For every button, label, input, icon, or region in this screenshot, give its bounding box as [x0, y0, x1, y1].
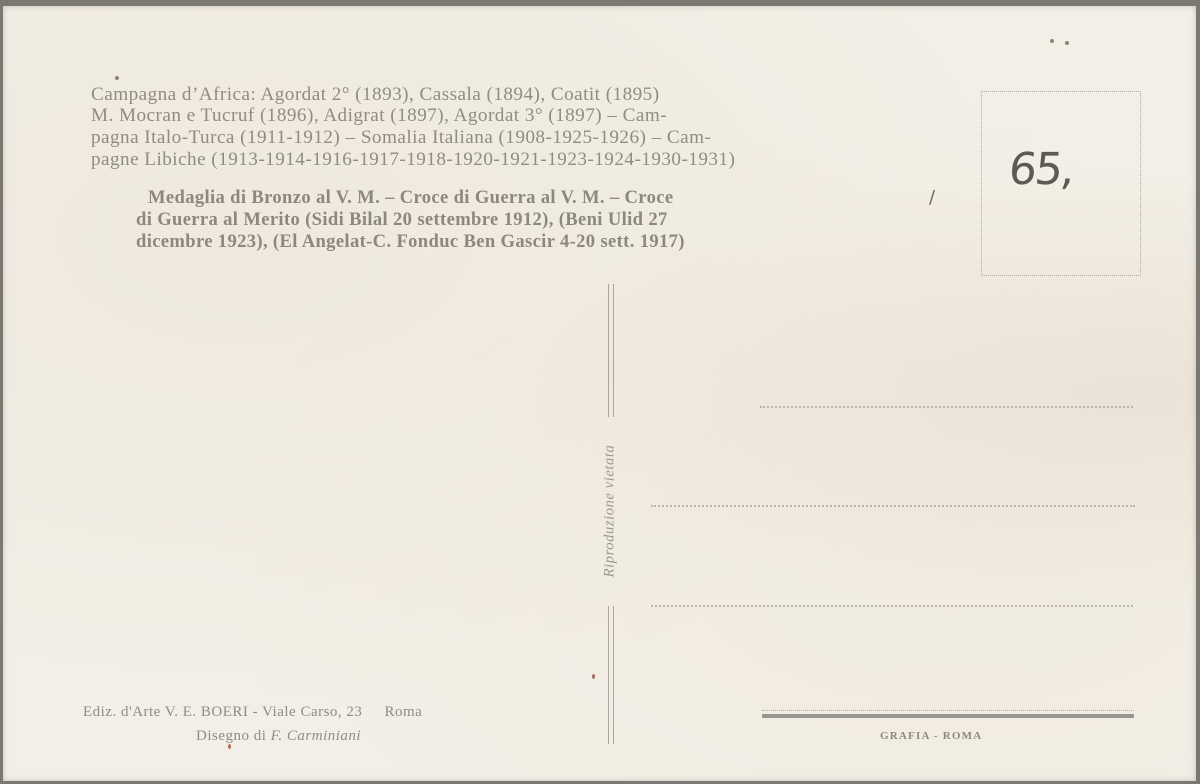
- medals-line-1: Medaglia di Bronzo al V. M. – Croce di G…: [148, 187, 673, 209]
- medals-line-2: di Guerra al Merito (Sidi Bilal 20 sette…: [136, 209, 668, 231]
- handwritten-number: 65,: [1006, 144, 1075, 195]
- paper-speck: [1065, 41, 1069, 45]
- campaign-line-1: Campagna d’Africa: Agordat 2° (1893), Ca…: [91, 84, 660, 106]
- designer-name: F. Carminiani: [271, 728, 361, 744]
- paper-speck: [228, 744, 231, 749]
- designer-credit: Disegno di F. Carminiani: [196, 728, 361, 745]
- center-divider-top: [608, 284, 614, 417]
- medals-line-3: dicembre 1923), (El Angelat-C. Fonduc Be…: [136, 231, 685, 253]
- printer-credit: GRAFIA - ROMA: [880, 730, 982, 742]
- paper-speck: [1050, 39, 1054, 43]
- publisher-city: Roma: [384, 704, 422, 720]
- paper-speck: [115, 76, 119, 80]
- campaign-line-3: pagna Italo-Turca (1911-1912) – Somalia …: [91, 127, 711, 149]
- publisher-credit: Ediz. d'Arte V. E. BOERI - Viale Carso, …: [83, 704, 422, 721]
- postcard-back: Campagna d’Africa: Agordat 2° (1893), Ca…: [3, 6, 1196, 781]
- bottom-solid-rule: [762, 714, 1134, 718]
- center-divider-bottom: [608, 606, 614, 744]
- publisher-line: Ediz. d'Arte V. E. BOERI - Viale Carso, …: [83, 704, 362, 720]
- address-line-1: [760, 406, 1133, 408]
- designer-prefix: Disegno di: [196, 728, 266, 744]
- address-line-3: [651, 605, 1133, 607]
- campaign-line-4: pagne Libiche (1913-1914-1916-1917-1918-…: [91, 149, 735, 171]
- reproduction-notice: Riproduzione vietata: [602, 445, 619, 578]
- campaign-line-2: M. Mocran e Tucruf (1896), Adigrat (1897…: [91, 105, 667, 127]
- bottom-dotted-rule: [762, 710, 1134, 711]
- paper-speck: [592, 674, 595, 679]
- pencil-mark: /: [929, 187, 935, 208]
- address-line-2: [651, 505, 1135, 507]
